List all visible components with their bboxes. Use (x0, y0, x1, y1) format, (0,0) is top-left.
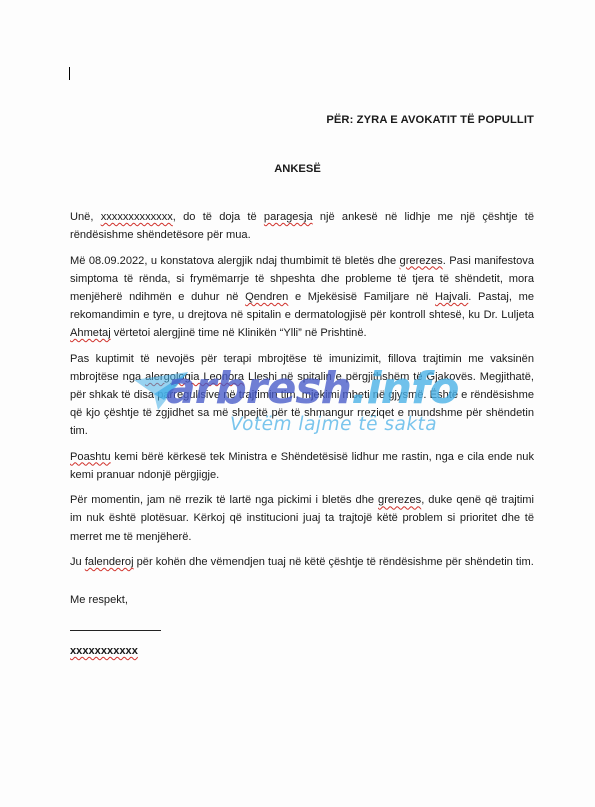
text-cursor (69, 67, 70, 80)
paragraph-2: Më 08.09.2022, u konstatova alergjik nda… (70, 252, 534, 342)
paragraph-1: Unë, xxxxxxxxxxxxx, do të doja të parage… (70, 208, 534, 244)
text-run: Më 08.09.2022, u konstatova alergjik nda… (70, 255, 400, 267)
text-run: Për momentin, jam në rrezik të lartë nga… (70, 494, 378, 506)
misspelled-word: Poashtu (70, 451, 111, 463)
paragraph-5: Për momentin, jam në rrezik të lartë nga… (70, 491, 534, 545)
paragraph-6: Ju falenderoj për kohën dhe vëmendjen tu… (70, 553, 534, 571)
paragraph-4: Poashtu kemi bërë kërkesë tek Ministra e… (70, 448, 534, 484)
paragraph-3: Pas kuptimit të nevojës për terapi mbroj… (70, 350, 534, 440)
misspelled-word: paragesja (264, 211, 313, 223)
signer-name-text: xxxxxxxxxxx (70, 645, 138, 657)
misspelled-word: falenderoj (85, 556, 134, 568)
text-run: për kohën dhe vëmendjen tuaj në këtë çës… (134, 556, 534, 568)
text-run: Ju (70, 556, 85, 568)
text-run: kemi bërë kërkesë tek Ministra e Shëndet… (70, 451, 534, 481)
misspelled-word: Ahmetaj (70, 327, 111, 339)
text-run: vërtetoi alergjinë time në Klinikën “Yll… (111, 327, 367, 339)
misspelled-word: xxxxxxxxxxxxx (101, 211, 173, 223)
misspelled-word: grerezes (400, 255, 443, 267)
document-title: ANKESË (0, 163, 595, 175)
signature-line (70, 630, 161, 631)
text-run: Unë, (70, 211, 101, 223)
misspelled-word: Hajvali (435, 291, 468, 303)
document-page[interactable]: PËR: ZYRA E AVOKATIT TË POPULLIT ANKESË … (0, 0, 595, 807)
misspelled-word: grerezes (378, 494, 421, 506)
recipient-heading: PËR: ZYRA E AVOKATIT TË POPULLIT (326, 114, 534, 126)
misspelled-word: Qendren (245, 291, 288, 303)
closing-salutation: Me respekt, (70, 594, 128, 606)
misspelled-word: alergologia Leonora (145, 371, 244, 383)
text-run: , do të doja të (173, 211, 264, 223)
signer-name: xxxxxxxxxxx (70, 645, 138, 657)
text-run: e Mjekësisë Familjare në (288, 291, 435, 303)
letter-body[interactable]: Unë, xxxxxxxxxxxxx, do të doja të parage… (70, 208, 534, 579)
